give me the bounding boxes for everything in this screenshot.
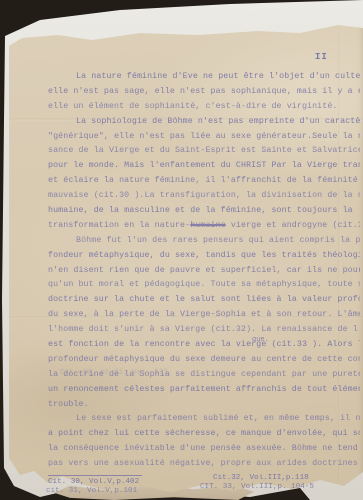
typed-line: transformation en la nature-humaine vier… bbox=[48, 219, 360, 234]
typed-line: est fonction de la rencontre avec la vie… bbox=[48, 338, 360, 353]
typed-line: "générique", elle n'est pas liée au sexe… bbox=[48, 130, 360, 145]
typed-line: fondeur métaphysique, du sexe, tandis qu… bbox=[48, 249, 360, 264]
typed-line: elle un élément de sophianité, c'est-à-d… bbox=[48, 100, 360, 115]
footnote-citation: CIT. 33, Vol.III,p. 104-5 bbox=[200, 483, 314, 491]
typed-line: pas vers une asexualité négative, propre… bbox=[48, 457, 360, 472]
typed-line: n'en disent rien que de pauvre et superf… bbox=[48, 264, 360, 279]
typed-line: Böhme fut l'un des rares penseurs qui ai… bbox=[48, 234, 360, 249]
typed-line: un renoncement célestes parfaitement aff… bbox=[48, 383, 360, 398]
typed-line: et éclaire la nature féminine, il l'affr… bbox=[48, 174, 360, 189]
footnote-separator bbox=[48, 475, 142, 476]
faint-ghost-text: Cit. 30, et 31, Vol. III. bbox=[60, 369, 173, 377]
typed-content: II La nature féminine d'Eve ne peut être… bbox=[0, 0, 363, 500]
typed-line: doctrine sur la chute et le salut sont l… bbox=[48, 293, 360, 308]
typed-line: trouble. bbox=[48, 398, 360, 413]
scanned-page: II La nature féminine d'Eve ne peut être… bbox=[0, 0, 363, 500]
footnote-citation: cit. 31, Vol.V,p.101 bbox=[46, 487, 137, 495]
typed-line: a point chez lui cette sécheresse, ce ma… bbox=[48, 427, 360, 442]
typed-line: qu'un but moral et pédagogique. Toute sa… bbox=[48, 278, 360, 293]
typed-line: l'homme doit s'unir à sa Vierge (cit.32)… bbox=[48, 323, 360, 338]
typed-line: La sophiologie de Böhme n'est pas emprei… bbox=[48, 115, 360, 130]
typed-line: La nature féminine d'Eve ne peut être l'… bbox=[48, 70, 360, 85]
typed-line: elle n'est pas sage, elle n'est pas soph… bbox=[48, 85, 360, 100]
typed-line: la conséquence inévitable d'une pensée a… bbox=[48, 442, 360, 457]
typed-line: profondeur métaphysique du sexe demeure … bbox=[48, 353, 360, 368]
typed-line: Le sexe est parfaitement sublimé et, en … bbox=[48, 412, 360, 427]
page-number: II bbox=[315, 52, 328, 62]
body-text: La nature féminine d'Eve ne peut être l'… bbox=[48, 70, 360, 472]
typed-line: humaine, de la masculine et de la fémini… bbox=[48, 204, 360, 219]
typed-line: mauvaise (cit.30 ).La transfiguration, l… bbox=[48, 189, 360, 204]
typed-line: sance de la Vierge et du Saint-Esprit es… bbox=[48, 144, 360, 159]
typed-line: du sexe, à la perte de la Vierge-Sophia … bbox=[48, 308, 360, 323]
footnote-citation: Cit.32, Vol.III,p.118 bbox=[213, 474, 309, 482]
typed-insertion-above-line: que. bbox=[252, 336, 269, 344]
struck-out-word: humaine bbox=[190, 221, 226, 230]
footnote-citation: Cit. 30, Vol.V,p.402 bbox=[48, 478, 139, 486]
typed-line: pour le monde. Mais l'enfantement du CHR… bbox=[48, 159, 360, 174]
